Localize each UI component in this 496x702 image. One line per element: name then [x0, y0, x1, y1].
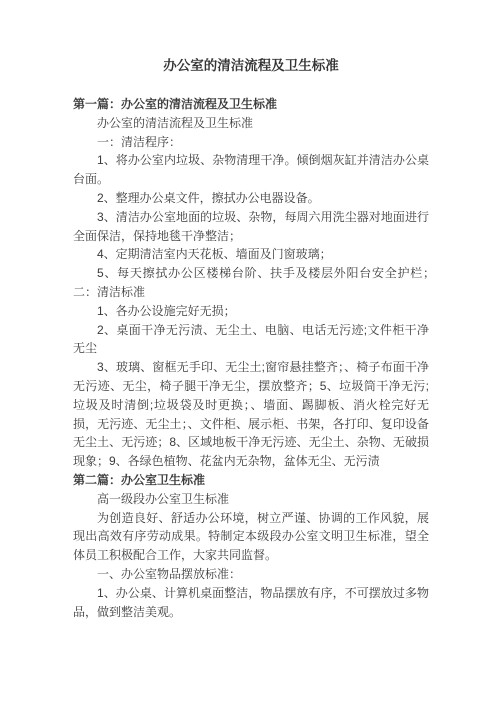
paragraph: 为创造良好、舒适办公环境，树立严谨、协调的工作风貌，展现出高效有序劳动成果。特制…: [73, 509, 429, 565]
paragraph: 3、玻璃、窗框无手印、无尘土;窗帘悬挂整齐；、椅子布面干净无污迹、无尘，椅子腿干…: [73, 358, 429, 471]
paragraph: 一：清洁程序：: [73, 133, 429, 152]
section-heading: 第一篇：办公室的清洁流程及卫生标准: [73, 95, 429, 114]
paragraph: 1、各办公设施完好无损；: [73, 302, 429, 321]
section-heading: 第二篇：办公室卫生标准: [73, 471, 429, 490]
paragraph: 高一级段办公室卫生标准: [73, 490, 429, 509]
paragraph: 3、清洁办公室地面的垃圾、杂物，每周六用洗尘器对地面进行全面保洁，保持地毯干净整…: [73, 208, 429, 246]
paragraph: 5、每天擦拭办公区楼梯台阶、扶手及楼层外阳台安全护栏； 二：清洁标准: [73, 264, 429, 302]
paragraph: 2、整理办公桌文件，擦拭办公电器设备。: [73, 189, 429, 208]
paragraph: 1、将办公室内垃圾、杂物清理干净。倾倒烟灰缸并清洁办公桌台面。: [73, 151, 429, 189]
paragraph: 办公室的清洁流程及卫生标准: [73, 114, 429, 133]
paragraph: 一、办公室物品摆放标准：: [73, 565, 429, 584]
document-title: 办公室的清洁流程及卫生标准: [73, 56, 429, 75]
paragraph: 2、桌面干净无污渍、无尘土、电脑、电话无污迹;文件柜干净无尘: [73, 321, 429, 359]
document-body: 第一篇：办公室的清洁流程及卫生标准办公室的清洁流程及卫生标准一：清洁程序：1、将…: [73, 95, 429, 621]
document-page: 办公室的清洁流程及卫生标准 第一篇：办公室的清洁流程及卫生标准办公室的清洁流程及…: [0, 0, 496, 702]
paragraph: 1、办公桌、计算机桌面整洁，物品摆放有序，不可摆放过多物品，做到整洁美观。: [73, 584, 429, 622]
paragraph: 4、定期清洁室内天花板、墙面及门窗玻璃；: [73, 245, 429, 264]
